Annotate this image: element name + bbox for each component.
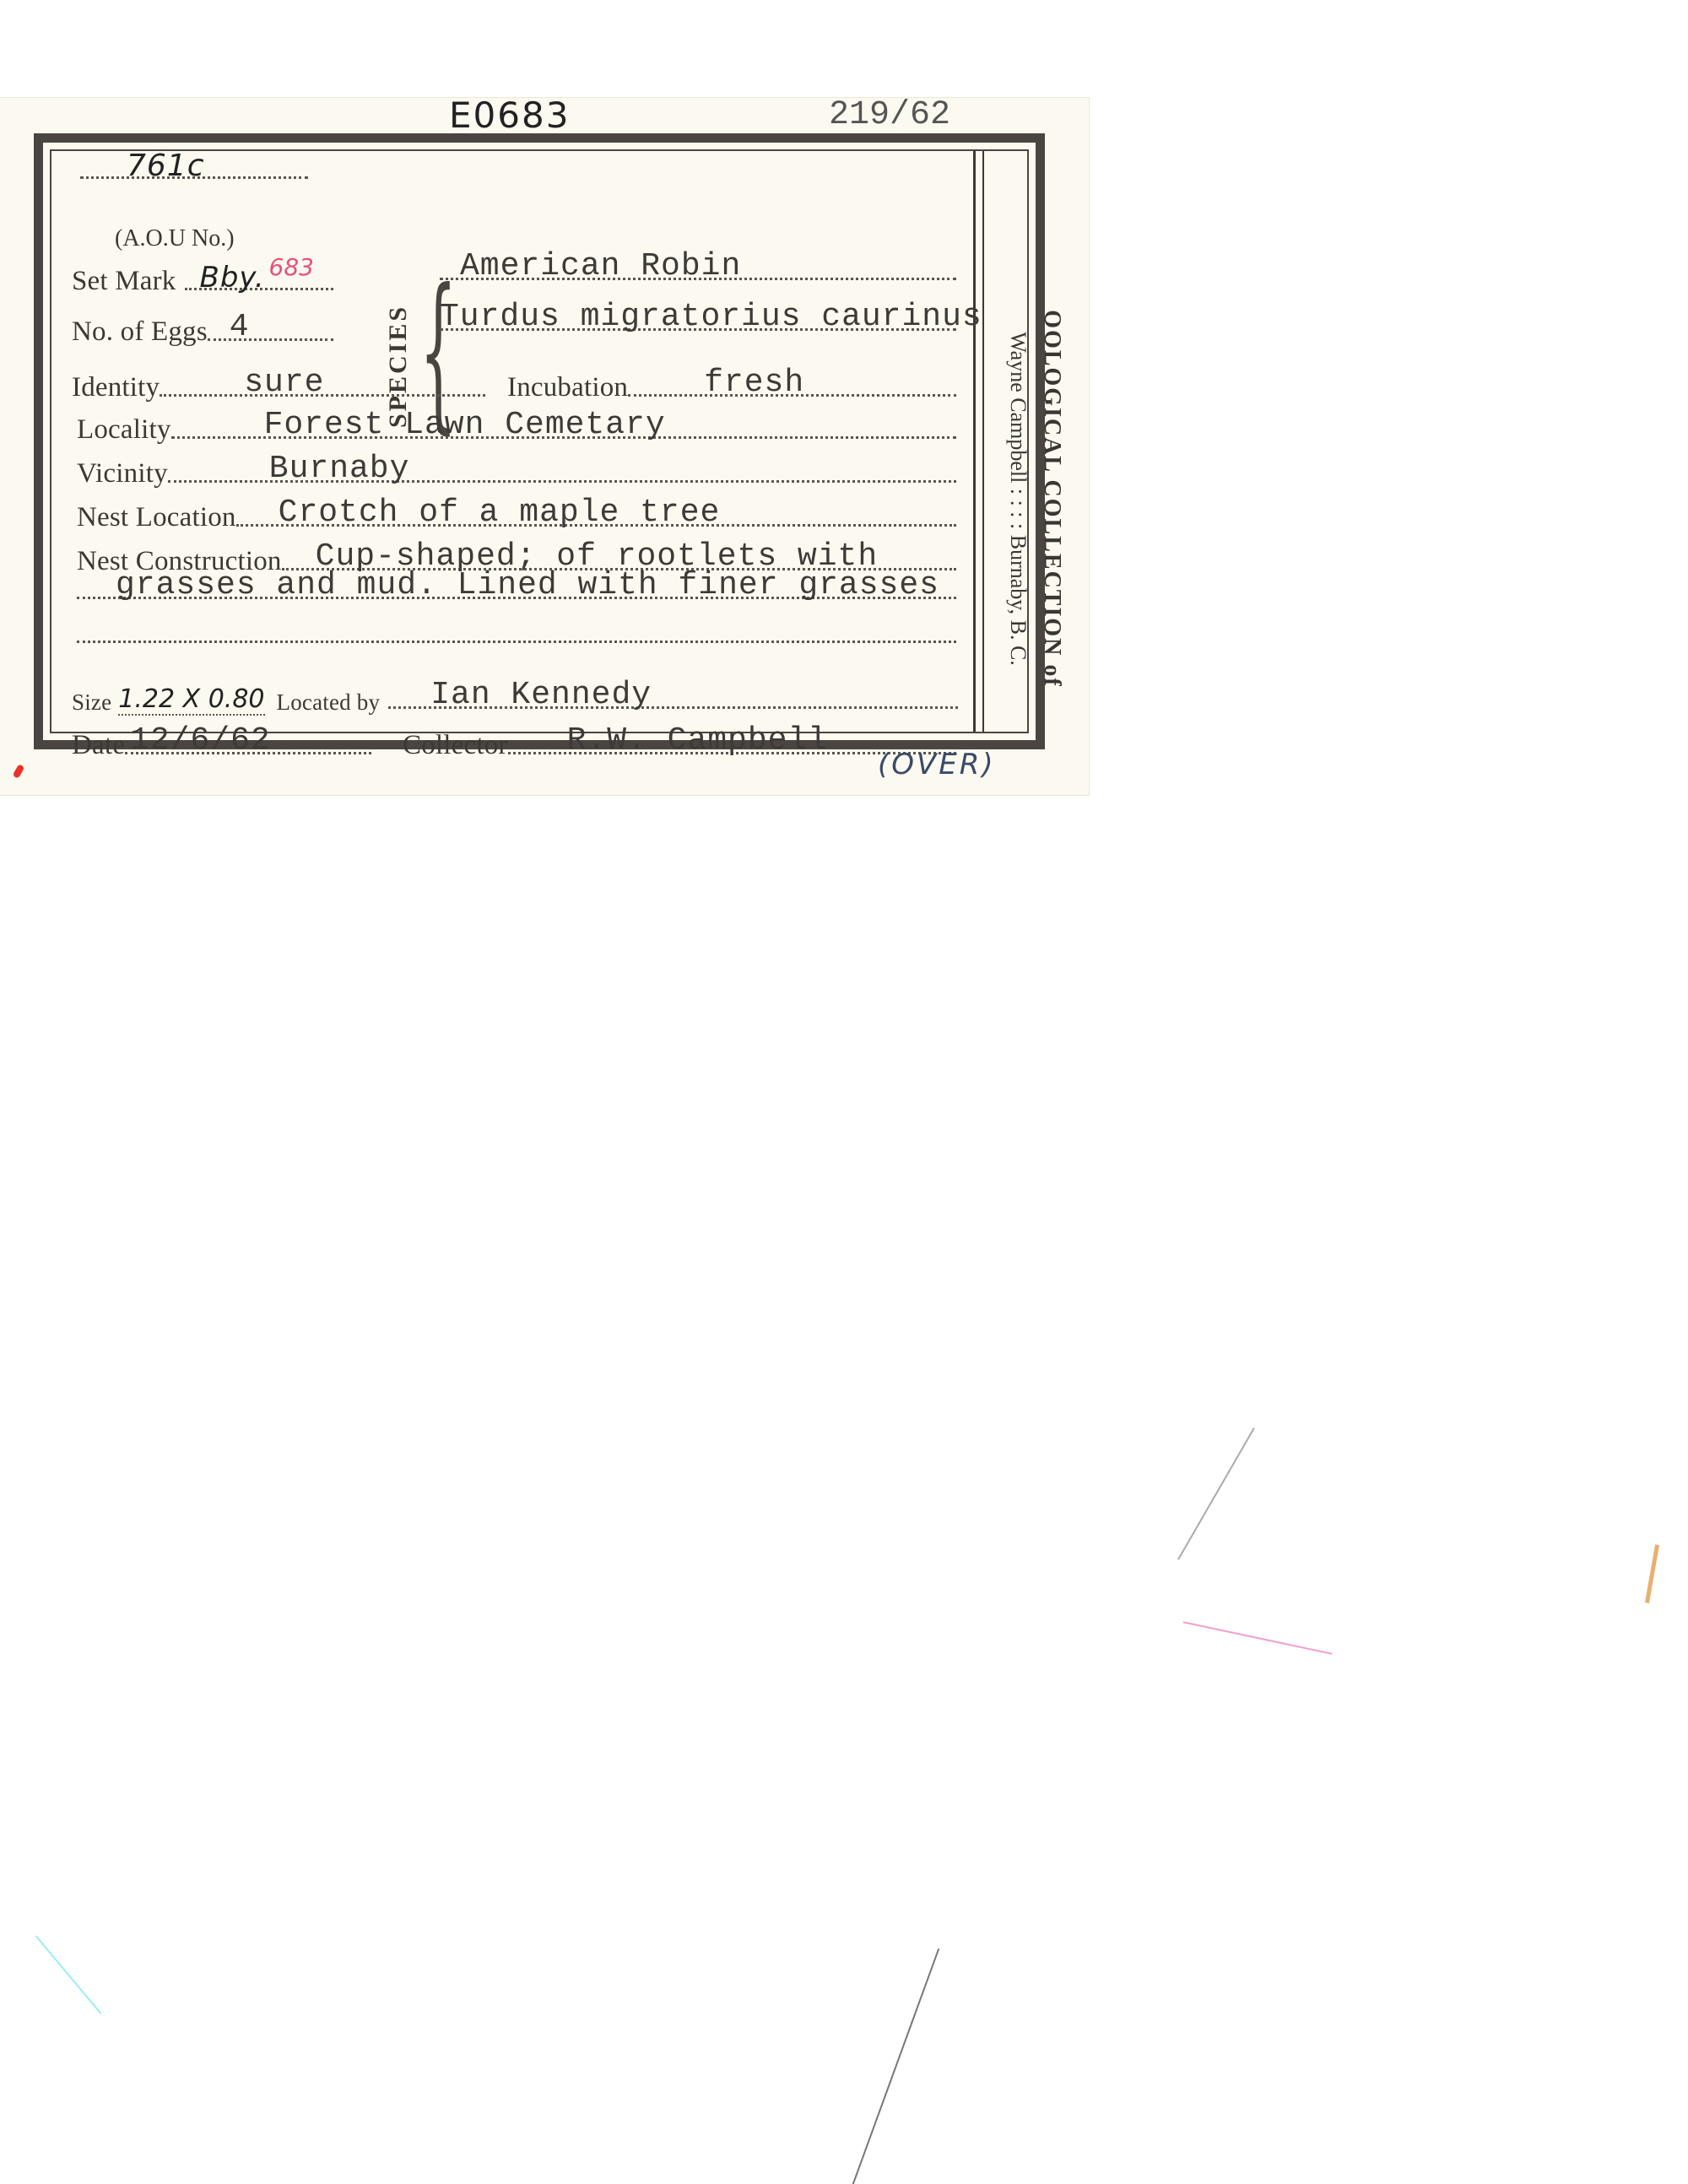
nest-location-value: Crotch of a maple tree — [279, 495, 721, 531]
scan-streak — [852, 1949, 939, 2184]
scan-streak — [1177, 1428, 1255, 1560]
set-mark-field: Set Mark Bby. 683 — [72, 266, 333, 297]
scan-streak — [1183, 1621, 1332, 1654]
blank-line — [77, 641, 956, 650]
aou-value: 761c — [127, 149, 205, 183]
identity-label: Identity — [72, 372, 160, 403]
collector-label: Collector — [403, 730, 508, 761]
identity-value: sure — [244, 365, 324, 401]
nest-construction-line2-field: grasses and mud. Lined with finer grasse… — [77, 597, 956, 606]
vicinity-field: Vicinity Burnaby — [77, 458, 956, 489]
collection-title: OOLOGICAL COLLECTION of — [1022, 203, 1081, 794]
set-reference: 219/62 — [829, 96, 950, 134]
common-name-field: American Robin — [440, 278, 956, 287]
set-mark-label: Set Mark — [72, 266, 176, 297]
date-value: 12/6/62 — [130, 722, 271, 759]
scan-streak — [1645, 1544, 1659, 1603]
date-field: Date 12/6/62 — [72, 730, 371, 761]
collector-field: Collector R.W. Campbell — [403, 730, 956, 761]
located-by-label: Located by — [277, 689, 381, 716]
incubation-value: fresh — [704, 365, 804, 401]
egg-data-card: E0683 219/62 761c (A.O.U No.) Set Mark B… — [0, 98, 1089, 795]
nest-location-label: Nest Location — [77, 502, 236, 533]
located-by-value: Ian Kennedy — [430, 677, 652, 713]
vicinity-label: Vicinity — [77, 458, 168, 489]
date-label: Date — [72, 730, 125, 761]
locality-value: Forest Lawn Cemetary — [264, 407, 666, 443]
vicinity-value: Burnaby — [269, 451, 410, 487]
aou-field: 761c — [80, 176, 308, 186]
eggs-label: No. of Eggs — [72, 316, 208, 348]
collector-value: R.W. Campbell — [567, 722, 828, 759]
common-name-value: American Robin — [460, 248, 741, 284]
set-mark-value: Bby. — [200, 261, 265, 295]
size-label: Size — [72, 689, 111, 716]
nest-construction-line2: grasses and mud. Lined with finer grasse… — [116, 567, 939, 603]
red-mark — [13, 764, 25, 779]
incubation-field: Incubation fresh — [507, 372, 956, 403]
sidebar-divider — [973, 151, 984, 732]
scientific-name-field: Turdus migratorius caurinus — [440, 328, 956, 338]
card-border: 761c (A.O.U No.) Set Mark Bby. 683 No. o… — [34, 133, 1045, 749]
catalog-number: E0683 — [449, 95, 570, 136]
eggs-value: 4 — [230, 309, 250, 345]
nest-location-field: Nest Location Crotch of a maple tree — [77, 502, 956, 533]
scan-streak — [35, 1935, 102, 2014]
aou-label: (A.O.U No.) — [115, 225, 235, 252]
scientific-name-value: Turdus migratorius caurinus — [440, 299, 982, 335]
size-located-field: Size 1.22 X 0.80 Located by Ian Kennedy — [72, 684, 958, 716]
over-note: (OVER) — [878, 748, 996, 781]
identity-field: Identity sure — [72, 372, 485, 403]
locality-field: Locality Forest Lawn Cemetary — [77, 414, 956, 446]
locality-label: Locality — [77, 414, 171, 446]
size-value: 1.22 X 0.80 — [118, 684, 264, 716]
eggs-field: No. of Eggs 4 — [72, 316, 333, 348]
incubation-label: Incubation — [507, 372, 628, 403]
set-mark-annotation: 683 — [269, 253, 314, 281]
